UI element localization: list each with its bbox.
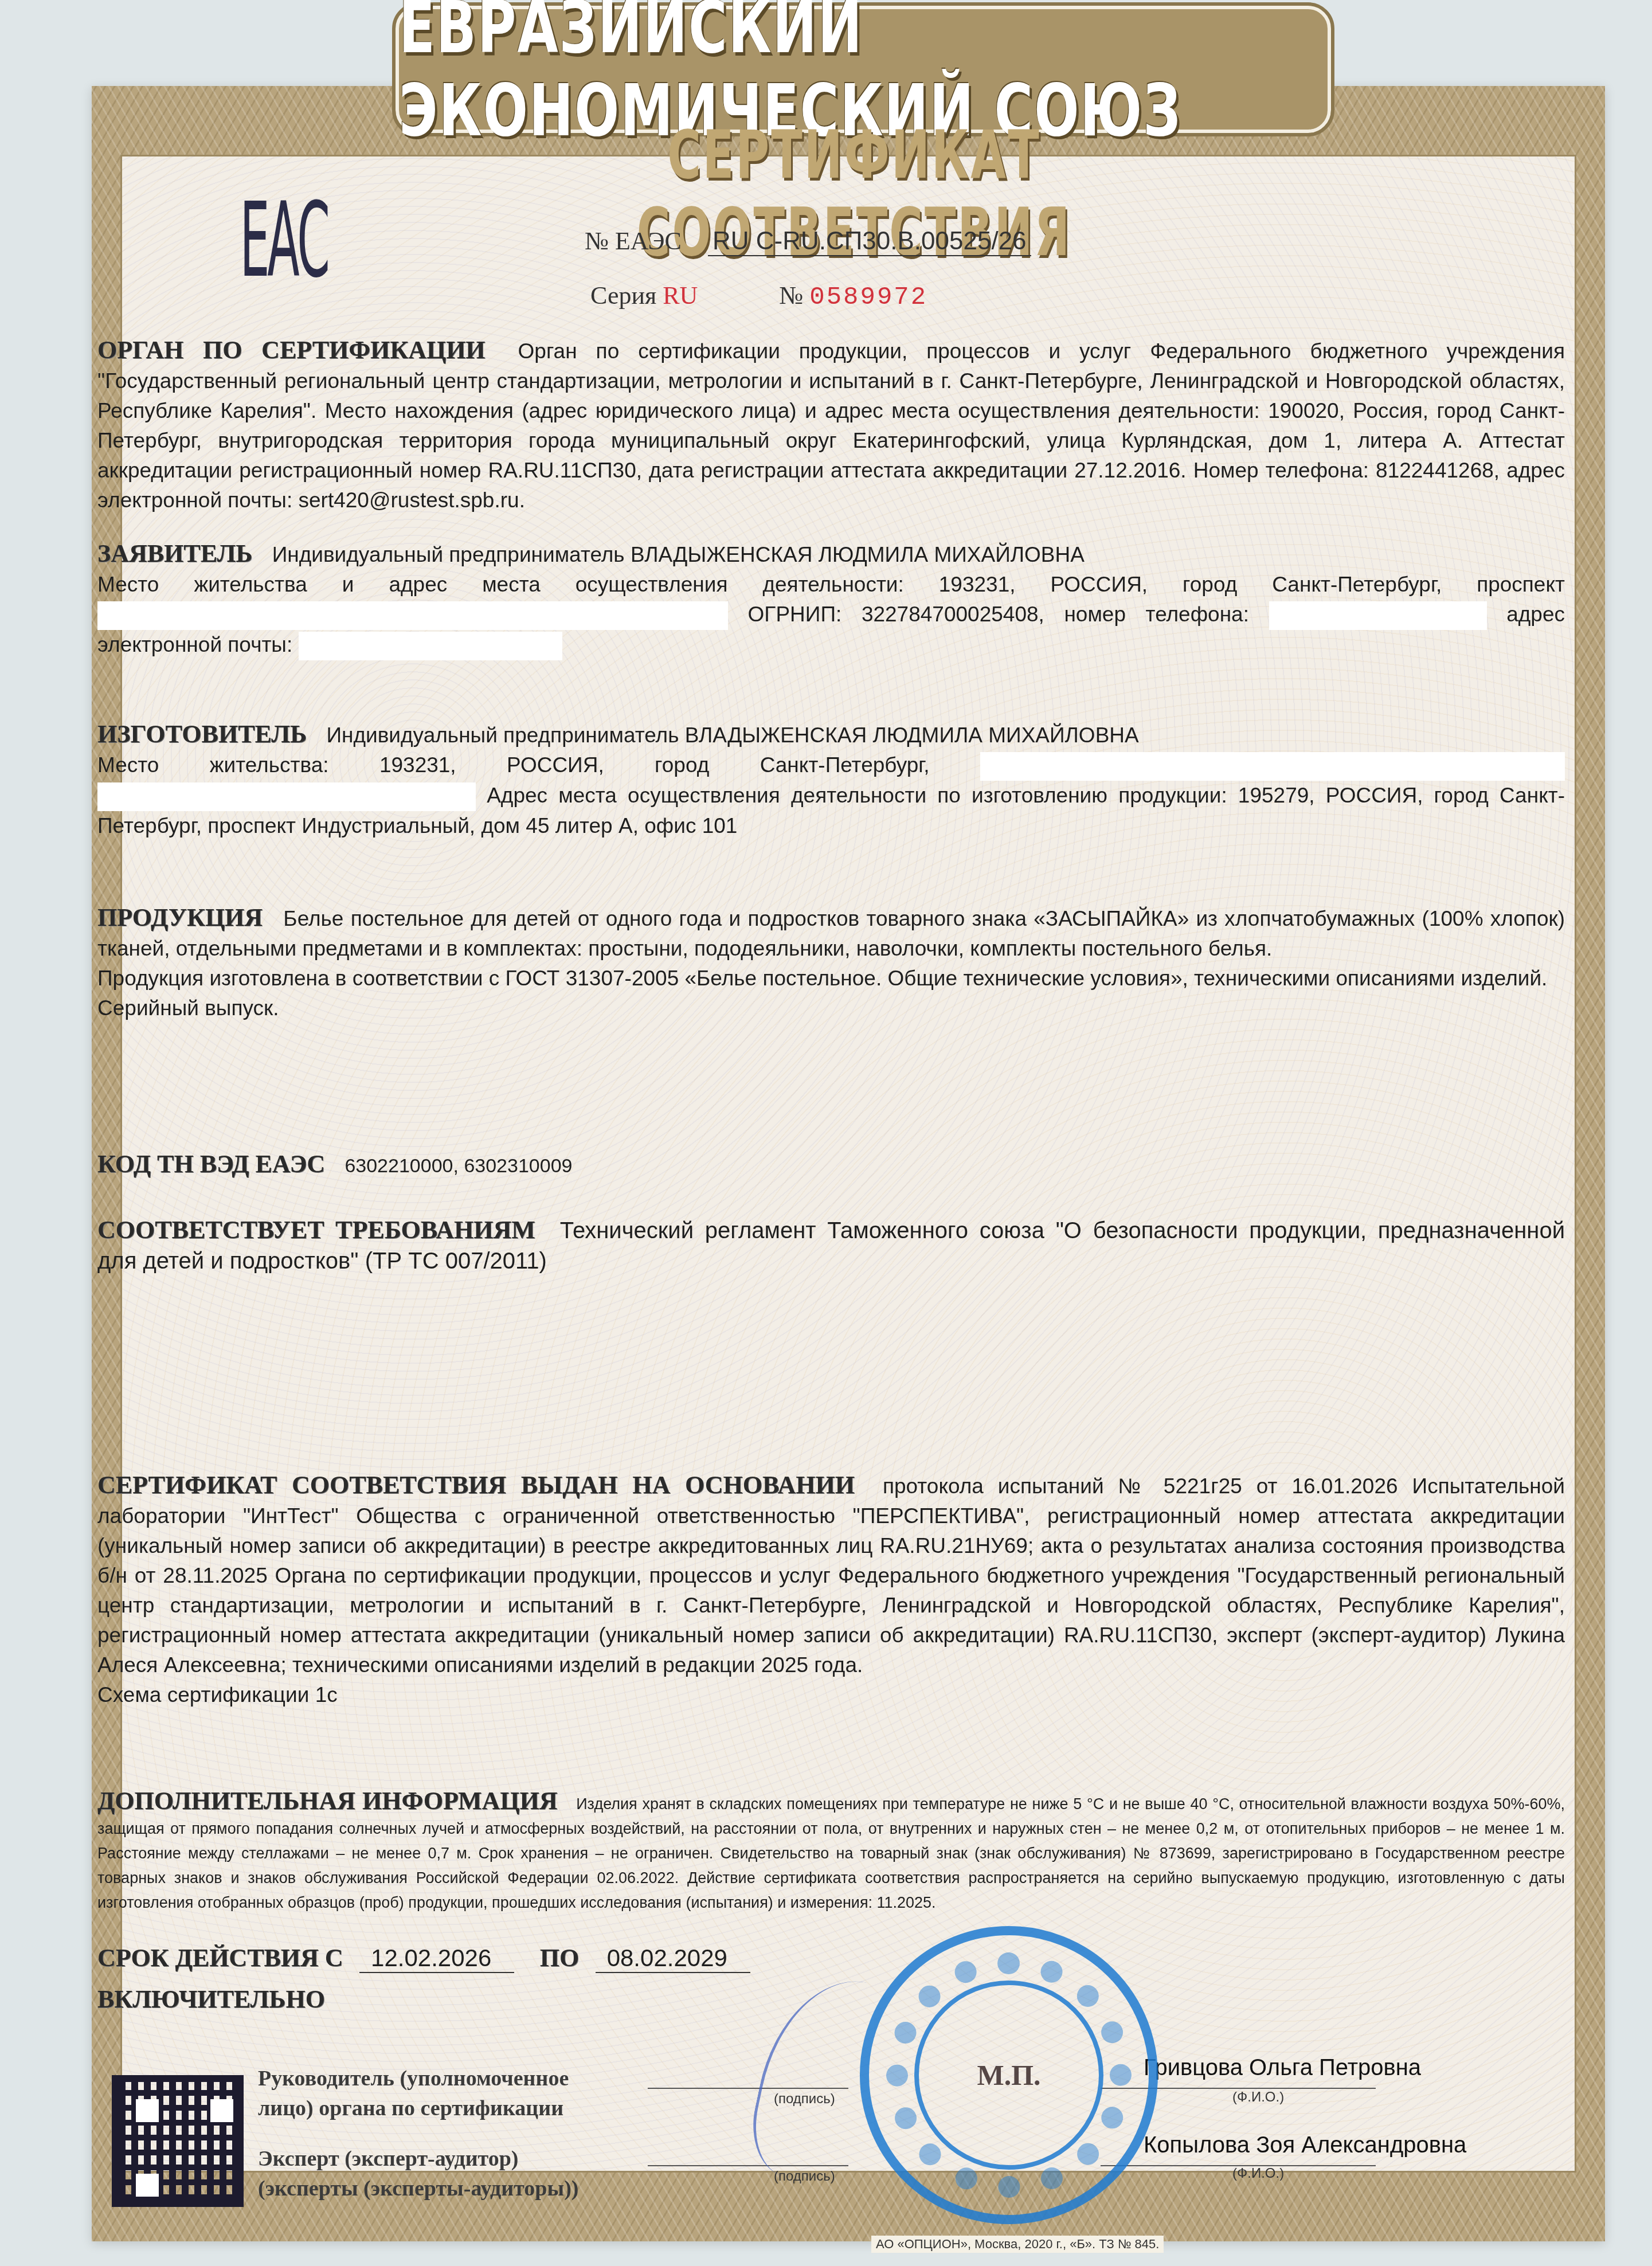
head-label-line-2: лицо) органа по сертификации <box>258 2093 569 2123</box>
official-stamp-icon: М.П. <box>860 1926 1158 2224</box>
validity-to-date: 08.02.2029 <box>596 1944 750 1973</box>
blank-number-label: № <box>779 281 803 310</box>
phone-label: номер телефона: <box>1064 602 1249 626</box>
head-name: Гривцова Ольга Петровна <box>1144 2055 1421 2081</box>
applicant-address: Место жительства и адрес места осуществл… <box>97 573 1565 596</box>
redacted-block <box>1269 601 1487 630</box>
expert-label: Эксперт (эксперт-аудитор) (эксперты (экс… <box>258 2144 578 2204</box>
expert-name-caption: (Ф.И.О.) <box>1232 2166 1284 2182</box>
requirements-section: СООТВЕТСТВУЕТ ТРЕБОВАНИЯМ Технический ре… <box>97 1215 1565 1277</box>
manufacturer-residence: Место жительства: 193231, РОССИЯ, город … <box>97 753 930 777</box>
applicant-name: Индивидуальный предприниматель ВЛАДЫЖЕНС… <box>272 543 1085 566</box>
head-name-caption: (Ф.И.О.) <box>1232 2089 1284 2105</box>
ogrnip-label: ОГРНИП: <box>748 602 842 626</box>
redacted-block <box>97 782 476 811</box>
redacted-block <box>980 752 1565 781</box>
product-standard: Продукция изготовлена в соответствии с Г… <box>97 964 1565 993</box>
blank-number-value: 0589972 <box>809 283 927 312</box>
expert-label-line-1: Эксперт (эксперт-аудитор) <box>258 2144 578 2174</box>
redacted-block <box>299 632 562 660</box>
section-label: СООТВЕТСТВУЕТ ТРЕБОВАНИЯМ <box>97 1216 535 1244</box>
ogrnip-value: 322784700025408, <box>862 602 1044 626</box>
section-label: ПРОДУКЦИЯ <box>97 903 263 932</box>
validity-to-label: ПО <box>540 1944 579 1972</box>
product-release: Серийный выпуск. <box>97 993 1565 1023</box>
section-label: КОД ТН ВЭД ЕАЭС <box>97 1150 325 1178</box>
section-label: СЕРТИФИКАТ СООТВЕТСТВИЯ ВЫДАН НА ОСНОВАН… <box>97 1471 855 1499</box>
validity-from-date: 12.02.2026 <box>359 1944 514 1973</box>
tn-ved-codes: 6302210000, 6302310009 <box>345 1155 572 1177</box>
section-label: ОРГАН ПО СЕРТИФИКАЦИИ <box>97 336 486 364</box>
product-description: Белье постельное для детей от одного год… <box>97 907 1565 960</box>
tn-ved-section: КОД ТН ВЭД ЕАЭС 6302210000, 6302310009 <box>97 1149 1565 1181</box>
validity-from-label: СРОК ДЕЙСТВИЯ С <box>97 1944 343 1972</box>
basis-text: протокола испытаний № 5221г25 от 16.01.2… <box>97 1474 1565 1677</box>
redacted-block <box>97 601 728 630</box>
certification-body-text: Орган по сертификации продукции, процесс… <box>97 339 1565 512</box>
section-label: ЗАЯВИТЕЛЬ <box>97 539 252 568</box>
basis-section: СЕРТИФИКАТ СООТВЕТСТВИЯ ВЫДАН НА ОСНОВАН… <box>97 1470 1565 1710</box>
certification-body-section: ОРГАН ПО СЕРТИФИКАЦИИ Орган по сертифика… <box>97 335 1565 515</box>
series-block: Серия RU № 0589972 <box>590 281 927 312</box>
certificate-number: № ЕАЭС RU C-RU.СП30.В.00525/26 <box>585 226 1031 256</box>
head-label: Руководитель (уполномоченное лицо) орган… <box>258 2064 569 2123</box>
head-label-line-1: Руководитель (уполномоченное <box>258 2064 569 2093</box>
certificate-number-value: RU C-RU.СП30.В.00525/26 <box>708 227 1031 256</box>
manufacturer-name: Индивидуальный предприниматель ВЛАДЫЖЕНС… <box>326 723 1138 747</box>
expert-name: Копылова Зоя Александровна <box>1144 2132 1466 2158</box>
additional-info-section: ДОПОЛНИТЕЛЬНАЯ ИНФОРМАЦИЯ Изделия хранят… <box>97 1788 1565 1915</box>
applicant-section: ЗАЯВИТЕЛЬ Индивидуальный предприниматель… <box>97 539 1565 660</box>
series-value: RU <box>663 281 698 310</box>
series-label: Серия <box>590 281 656 310</box>
certification-scheme: Схема сертификации 1с <box>97 1680 1565 1710</box>
expert-label-line-2: (эксперты (эксперты-аудиторы)) <box>258 2174 578 2204</box>
product-section: ПРОДУКЦИЯ Белье постельное для детей от … <box>97 903 1565 1023</box>
certificate-number-label: № ЕАЭС <box>585 227 682 255</box>
eac-logo-text: ЕАС <box>240 181 328 301</box>
union-banner: ЕВРАЗИЙСКИЙ ЭКОНОМИЧЕСКИЙ СОЮЗ <box>396 6 1331 133</box>
qr-code-icon[interactable] <box>112 2075 244 2207</box>
eac-logo-icon: ЕАС <box>226 183 341 298</box>
manufacturer-section: ИЗГОТОВИТЕЛЬ Индивидуальный предпринимат… <box>97 719 1565 841</box>
section-label: ДОПОЛНИТЕЛЬНАЯ ИНФОРМАЦИЯ <box>97 1787 558 1815</box>
printer-imprint: АО «ОПЦИОН», Москва, 2020 г., «Б». ТЗ № … <box>871 2236 1164 2253</box>
section-label: ИЗГОТОВИТЕЛЬ <box>97 720 307 748</box>
